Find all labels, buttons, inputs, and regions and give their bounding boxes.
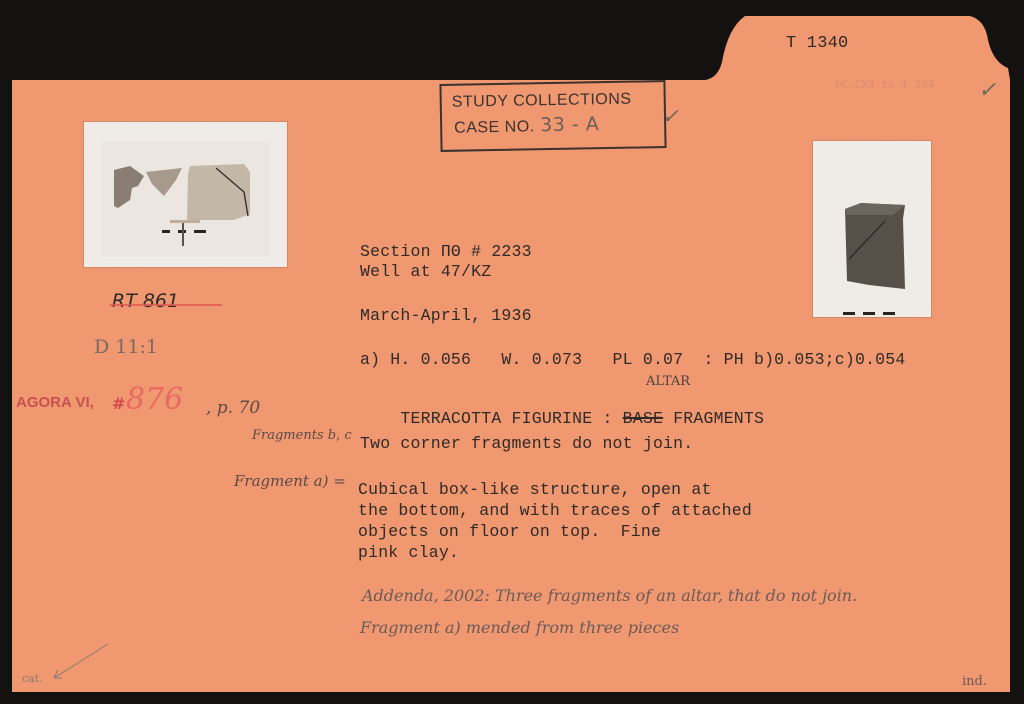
box-fragment-image <box>813 141 931 317</box>
red-underline <box>110 304 222 306</box>
stamp-case-number: 33 - A <box>540 113 599 136</box>
note-fragments-bc: Two corner fragments do not join. <box>360 434 693 453</box>
label-fragment-a: Fragment a) = <box>234 472 346 490</box>
study-collections-stamp: STUDY COLLECTIONS CASE NO. 33 - A <box>439 80 666 152</box>
title-prefix: TERRACOTTA FIGURINE : <box>400 409 622 428</box>
well-line: Well at 47/KZ <box>360 262 491 281</box>
publication-stamp: AGORA VI, <box>16 394 94 411</box>
title-suffix: FRAGMENTS <box>663 409 764 428</box>
description-line-2: the bottom, and with traces of attached <box>358 501 752 520</box>
label-fragments-bc: Fragments b, c <box>252 428 352 443</box>
cat-mark: cat. <box>22 672 43 685</box>
description-line-3: objects on floor on top. Fine <box>358 522 661 541</box>
right-fragment-photo <box>813 141 931 317</box>
date-line: March-April, 1936 <box>360 306 532 325</box>
stamp-line-2-label: CASE NO. <box>454 118 535 137</box>
ind-mark: ind. <box>962 674 987 689</box>
description-line-1: Cubical box-like structure, open at <box>358 480 712 499</box>
publication-page: , p. 70 <box>206 398 260 418</box>
title-insert-handwritten: ALTAR <box>646 374 690 389</box>
publication-hash: # <box>112 394 125 413</box>
dimensions-line: a) H. 0.056 W. 0.073 PL 0.07 : PH b)0.05… <box>360 350 906 369</box>
checkmark-icon: ✓ <box>978 78 996 103</box>
left-fragment-photo <box>84 122 287 267</box>
addenda-line-2: Fragment a) mended from three pieces <box>360 618 679 637</box>
tab-label: T 1340 <box>786 34 848 53</box>
addenda-line-1: Addenda, 2002: Three fragments of an alt… <box>362 586 857 605</box>
faint-tab-note: PC.CX8 to T 234 <box>835 78 934 91</box>
inventory-number: RT 861 <box>112 290 179 312</box>
title-struck-word: BASE <box>623 409 663 428</box>
stamp-line-1: STUDY COLLECTIONS <box>452 91 632 112</box>
stamp-checkmark-icon: ✓ <box>662 104 679 128</box>
catalog-card-scan: T 1340 PC.CX8 to T 234 ✓ STUDY COLLECTIO… <box>0 0 1024 704</box>
section-line: Section ΠΘ # 2233 <box>360 242 532 261</box>
three-fragments-image <box>84 122 287 267</box>
location-code: D 11:1 <box>94 336 158 358</box>
description-line-4: pink clay. <box>358 543 459 562</box>
publication-number: 876 <box>126 382 183 417</box>
